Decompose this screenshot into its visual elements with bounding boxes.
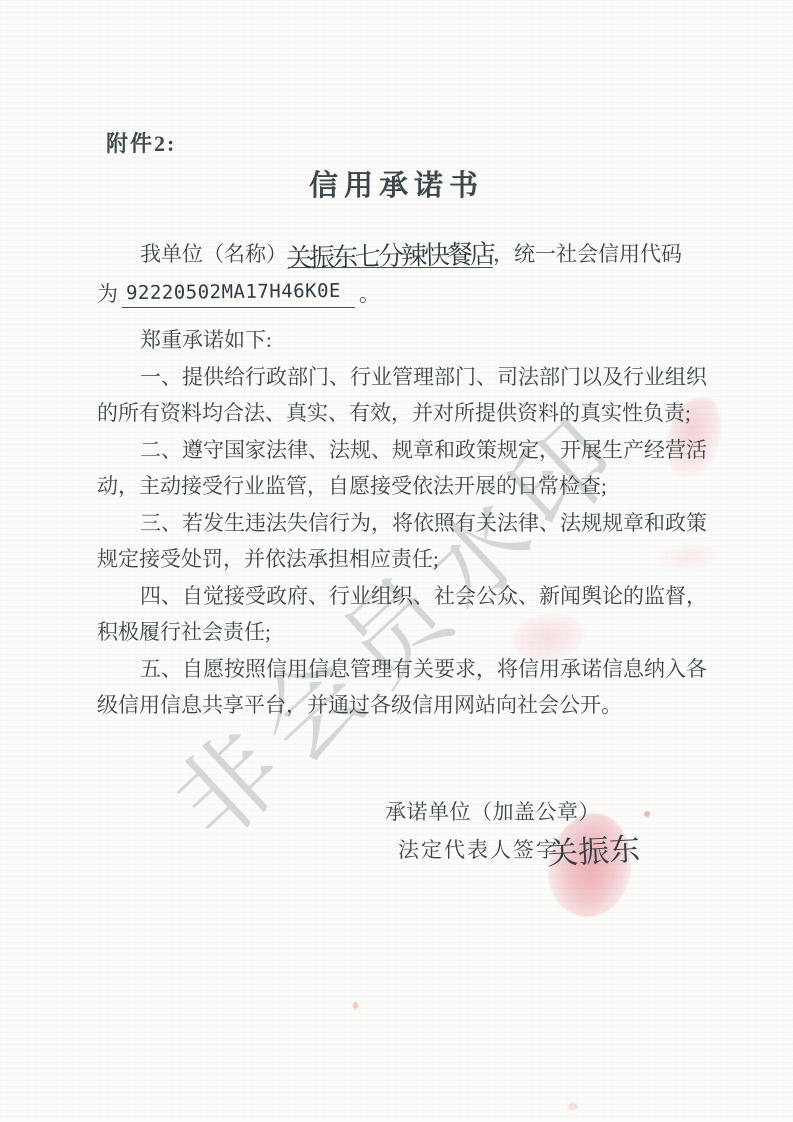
intro-line1-suffix: ，统一社会信用代码 — [493, 242, 682, 266]
pledge-heading: 郑重承诺如下: — [140, 327, 272, 354]
scanned-document-page: 非会员水印 附件2: 信用承诺书 我单位（名称）关振东七分辣快餐店，统一社会信用… — [0, 0, 793, 1122]
orange-speck — [353, 1002, 358, 1009]
unit-name-blank-underline: 关振东七分辣快餐店 — [288, 242, 493, 268]
signature-rep-label: 法定代表人签字: — [398, 837, 567, 864]
body-line: 的所有资料均合法、真实、有效，并对所提供资料的真实性负责; — [97, 400, 691, 427]
body-line: 一、提供给行政部门、行业管理部门、司法部门以及行业组织 — [140, 364, 707, 391]
pink-speck-bottom — [568, 1103, 578, 1110]
body-line: 二、遵守国家法律、法规、规章和政策规定，开展生产经营活 — [140, 437, 707, 464]
red-stamp-smudge-faint — [657, 541, 719, 573]
red-ink-dot — [644, 811, 650, 817]
intro-line2-prefix: 为 — [97, 282, 118, 306]
body-line: 规定接受处罚，并依法承担相应责任; — [97, 546, 439, 573]
page-title: 信用承诺书 — [0, 173, 793, 200]
body-line: 三、若发生违法失信行为，将依照有关法律、法规规章和政策 — [140, 510, 707, 537]
intro-line-2: 为92220502MA17H46K0E。 — [97, 281, 380, 308]
body-line: 级信用信息共享平台，并通过各级信用网站向社会公开。 — [97, 692, 622, 719]
credit-code-handwritten: 92220502MA17H46K0E — [126, 278, 341, 307]
unit-name-handwritten: 关振东七分辣快餐店 — [286, 241, 494, 272]
body-line: 四、自觉接受政府、行业组织、社会公众、新闻舆论的监督， — [140, 583, 707, 610]
intro-line-1: 我单位（名称）关振东七分辣快餐店，统一社会信用代码 — [140, 241, 682, 268]
body-line: 动，主动接受行业监管，自愿接受依法开展的日常检查; — [97, 473, 607, 500]
body-line: 积极履行社会责任; — [97, 619, 271, 646]
signature-unit-line: 承诺单位（加盖公章） — [385, 799, 600, 826]
body-line: 五、自愿按照信用信息管理有关要求，将信用承诺信息纳入各 — [140, 656, 707, 683]
attachment-label: 附件2: — [106, 130, 176, 157]
intro-line2-suffix: 。 — [359, 282, 380, 306]
intro-line1-prefix: 我单位（名称） — [140, 242, 287, 266]
credit-code-blank-underline: 92220502MA17H46K0E — [122, 282, 355, 308]
legal-rep-signature-handwritten: 关振东 — [546, 824, 641, 874]
